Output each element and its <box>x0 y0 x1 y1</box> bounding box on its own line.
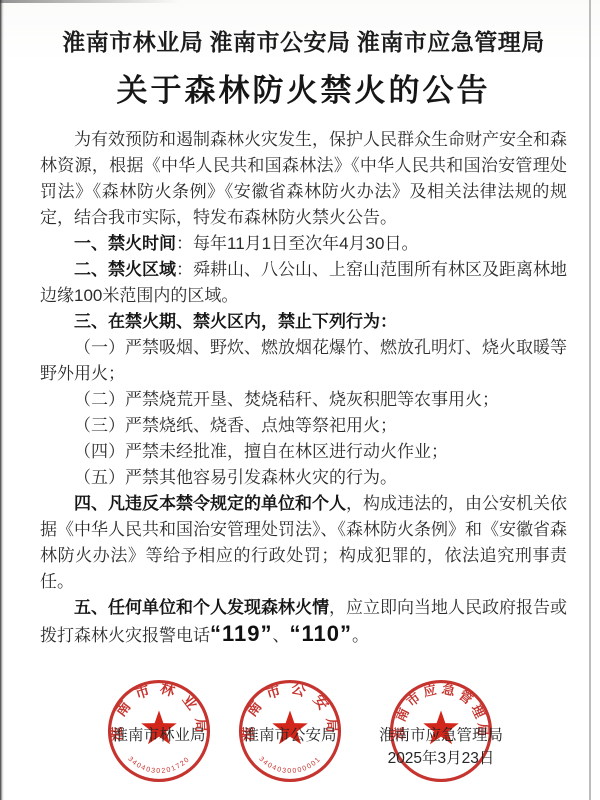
section-2-fire-ban-area: 二、禁火区域：舜耕山、八公山、上窑山范围所有林区及距离林地边缘100米范围内的区… <box>40 257 567 309</box>
notice-page: 淮南市林业局 淮南市公安局 淮南市应急管理局 关于森林防火禁火的公告 为有效预防… <box>0 0 600 800</box>
emergency-number-110: “110” <box>290 621 353 646</box>
police-seal-number: 3404030000001 <box>257 756 322 775</box>
svg-text:3404030201720: 3404030201720 <box>126 756 191 775</box>
prohibited-item-2-text: （二）严禁烧荒开垦、焚烧秸秆、烧灰积肥等农事用火； <box>74 390 499 409</box>
emergency-seal-signature: 淮南市应急管理局 2025年3月23日 <box>379 724 503 770</box>
phone-separator: 、 <box>273 626 290 645</box>
section-3-prohibited-acts-heading: 三、在禁火期、禁火区内，禁止下列行为： <box>40 309 567 335</box>
section-3-heading: 三、在禁火期、禁火区内，禁止下列行为： <box>74 312 397 331</box>
notice-body: 为有效预防和遏制森林火灾发生，保护人民群众生命财产安全和森林资源，根据《中华人民… <box>40 127 567 649</box>
notice-title: 关于森林防火禁火的公告 <box>40 65 567 110</box>
section-5-period: 。 <box>352 626 369 645</box>
section-2-heading: 二、禁火区域 <box>74 260 176 279</box>
section-4-penalties: 四、凡违反本禁令规定的单位和个人，构成违法的，由公安机关依据《中华人民共和国治安… <box>40 491 567 595</box>
police-bureau-name: 淮南市公安局 <box>243 724 336 747</box>
prohibited-item-3-text: （三）严禁烧纸、烧香、点烛等祭祀用火； <box>74 416 397 435</box>
prohibited-item-5-text: （五）严禁其他容易引发森林火灾的行为。 <box>74 468 397 487</box>
seal-emergency-management-bureau: 淮南市应急管理局 淮南市应急管理局 2025年3月23日 <box>385 674 497 788</box>
prohibited-item-2: （二）严禁烧荒开垦、焚烧秸秆、烧灰积肥等农事用火； <box>40 387 567 413</box>
photo-top-edge <box>0 0 180 3</box>
seal-public-security-bureau: 淮南市公安局 3404030000001 淮南市公安局 <box>234 674 346 788</box>
prohibited-item-5: （五）严禁其他容易引发森林火灾的行为。 <box>40 465 567 491</box>
prohibited-item-4: （四）严禁未经批准，擅自在林区进行动火作业； <box>40 439 567 465</box>
forestry-bureau-name: 淮南市林业局 <box>112 724 205 747</box>
forestry-seal-number: 3404030201720 <box>126 756 191 775</box>
seal-forestry-bureau: 淮南市林业局 3404030201720 淮南市林业局 <box>103 674 215 788</box>
section-1-fire-ban-period: 一、禁火时间：每年11月1日至次年4月30日。 <box>40 231 567 257</box>
prohibited-item-1: （一）严禁吸烟、野炊、燃放烟花爆竹、燃放孔明灯、烧火取暖等野外用火； <box>40 335 567 387</box>
intro-paragraph: 为有效预防和遏制森林火灾发生，保护人民群众生命财产安全和森林资源，根据《中华人民… <box>40 127 567 231</box>
notice-date: 2025年3月23日 <box>379 747 503 770</box>
official-seals-row: 淮南市林业局 3404030201720 淮南市林业局 淮南市公安局 34040… <box>0 674 600 788</box>
prohibited-item-3: （三）严禁烧纸、烧香、点烛等祭祀用火； <box>40 413 567 439</box>
section-4-heading: 四、凡违反本禁令规定的单位和个人 <box>74 494 346 513</box>
notice-content: 淮南市林业局 淮南市公安局 淮南市应急管理局 关于森林防火禁火的公告 为有效预防… <box>0 0 600 649</box>
police-seal-signature: 淮南市公安局 <box>243 724 336 747</box>
emergency-number-119: “119” <box>210 621 273 646</box>
prohibited-item-1-text: （一）严禁吸烟、野炊、燃放烟花爆竹、燃放孔明灯、烧火取暖等野外用火； <box>40 338 567 383</box>
issuing-agencies-title: 淮南市林业局 淮南市公安局 淮南市应急管理局 <box>40 24 567 57</box>
prohibited-item-4-text: （四）严禁未经批准，擅自在林区进行动火作业； <box>74 442 448 461</box>
section-1-heading: 一、禁火时间 <box>74 234 176 253</box>
section-5-heading: 五、任何单位和个人发现森林火情 <box>74 598 329 617</box>
section-5-reporting: 五、任何单位和个人发现森林火情，应立即向当地人民政府报告或拨打森林火灾报警电话“… <box>40 595 567 649</box>
intro-text: 为有效预防和遏制森林火灾发生，保护人民群众生命财产安全和森林资源，根据《中华人民… <box>40 130 567 227</box>
svg-text:3404030000001: 3404030000001 <box>257 756 322 775</box>
forestry-seal-signature: 淮南市林业局 <box>112 724 205 747</box>
section-1-text: ：每年11月1日至次年4月30日。 <box>176 234 418 253</box>
emergency-bureau-name: 淮南市应急管理局 <box>379 724 503 747</box>
